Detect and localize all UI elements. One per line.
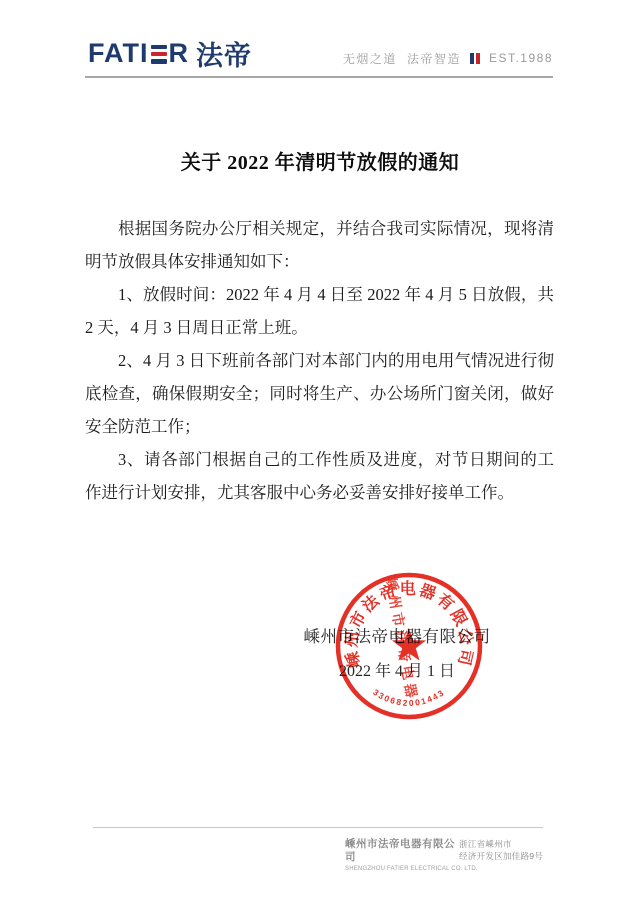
tagline-phrase-1: 无烟之道 bbox=[343, 50, 397, 67]
seal-arc-company-text: 嵊州市法帝电器有限公司 bbox=[342, 579, 477, 669]
notice-title: 关于 2022 年清明节放假的通知 bbox=[0, 148, 640, 178]
footer-divider bbox=[93, 827, 543, 828]
header-divider bbox=[85, 76, 553, 78]
tagline-phrase-2: 法帝智造 bbox=[407, 50, 461, 67]
flag-bar-red bbox=[476, 53, 480, 64]
flag-icon bbox=[470, 53, 480, 64]
footer-address-block: 浙江省嵊州市 经济开发区加佳路9号 bbox=[459, 838, 569, 862]
signature-company: 嵊州市法帝电器有限公司 bbox=[217, 626, 577, 648]
logo-text-latin-pre: FATI bbox=[88, 38, 149, 69]
header-tagline: 无烟之道 法帝智造 EST.1988 bbox=[343, 50, 553, 66]
footer-address-line-1: 浙江省嵊州市 bbox=[459, 838, 569, 850]
established-year: EST.1988 bbox=[489, 51, 553, 65]
seal-serial-number: 330682001443 bbox=[371, 687, 447, 708]
notice-document: FATI R 法帝 无烟之道 法帝智造 EST.1988 关于 2022 年清明… bbox=[0, 0, 640, 905]
company-logo: FATI R 法帝 bbox=[88, 38, 252, 68]
paragraph-intro: 根据国务院办公厅相关规定，并结合我司实际情况，现将清明节放假具体安排通知如下： bbox=[85, 212, 554, 278]
logo-e-bar-top bbox=[151, 45, 167, 50]
footer-company-name-cn: 嵊州市法帝电器有限公司 bbox=[345, 838, 457, 864]
logo-text-latin-post: R bbox=[169, 38, 190, 69]
footer-company-block: 嵊州市法帝电器有限公司 SHENGZHOU FATIER ELECTRICAL … bbox=[345, 838, 457, 872]
paragraph-item-3: 3、请各部门根据自己的工作性质及进度，对节日期间的工作进行计划安排，尤其客服中心… bbox=[85, 443, 554, 509]
paragraph-item-2: 2、4 月 3 日下班前各部门对本部门内的用电用气情况进行彻底检查，确保假期安全… bbox=[85, 344, 554, 443]
logo-letter-e-icon bbox=[151, 45, 167, 64]
logo-e-bar-mid bbox=[151, 52, 167, 57]
logo-e-bar-bottom bbox=[151, 59, 167, 64]
paragraph-item-1: 1、放假时间：2022 年 4 月 4 日至 2022 年 4 月 5 日放假，… bbox=[85, 278, 554, 344]
notice-body: 根据国务院办公厅相关规定，并结合我司实际情况，现将清明节放假具体安排通知如下： … bbox=[85, 212, 554, 509]
logo-text-chinese: 法帝 bbox=[196, 34, 252, 73]
footer-company-name-en: SHENGZHOU FATIER ELECTRICAL CO. LTD. bbox=[345, 866, 457, 872]
footer-address-line-2: 经济开发区加佳路9号 bbox=[459, 850, 569, 862]
flag-bar-blue bbox=[470, 53, 474, 64]
signature-date: 2022 年 4 月 1 日 bbox=[217, 661, 577, 683]
